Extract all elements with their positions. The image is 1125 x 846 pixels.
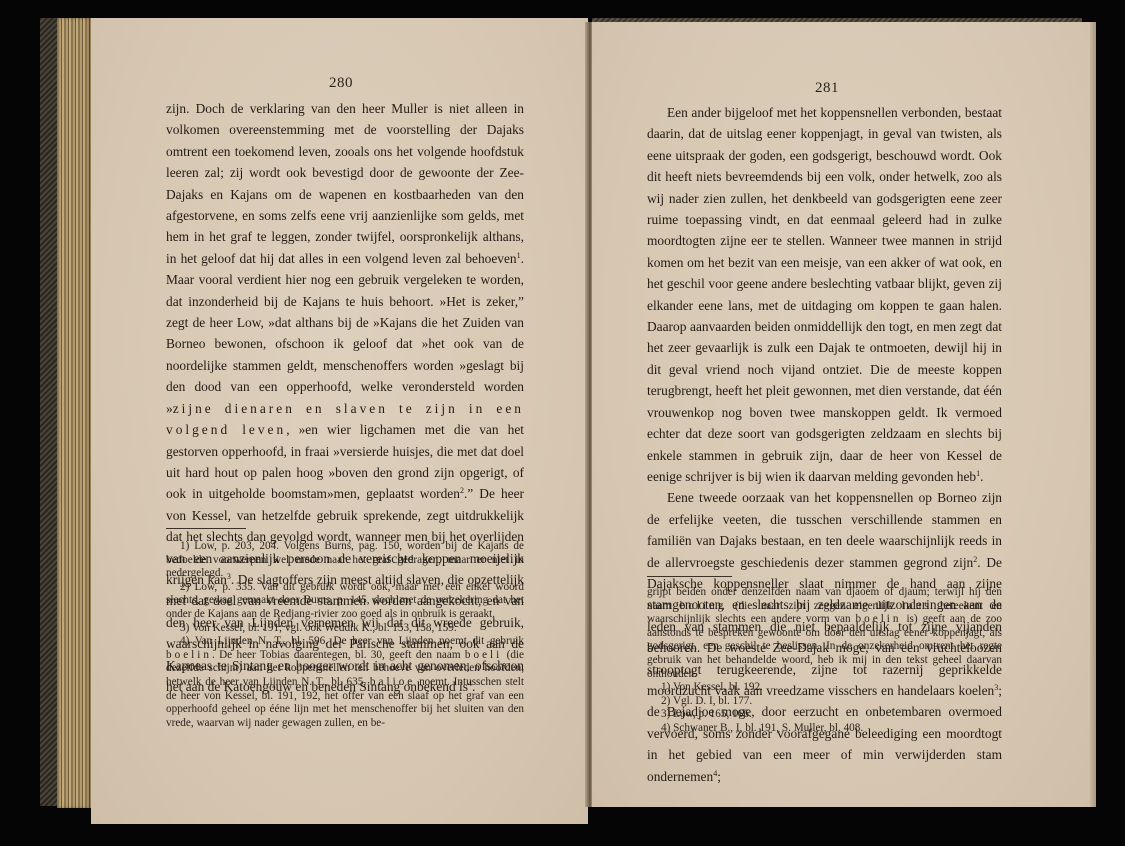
footnote-mark: 4) [180,635,189,647]
footnote-mark: 3) [180,622,189,634]
footnote-text: Schwaner B., I, bl. 191, S. Muller, bl. … [673,722,863,734]
footnote-mark: 2) [180,581,189,593]
emphasized-term: boling [680,600,727,612]
body-text: . Maar vooral verdient hier nog een gebr… [166,251,524,416]
footnote-text: Vgl. D. I, bl. 177. [673,695,752,707]
body-text: ; [717,769,721,784]
footnote-3: 3) Low, p. 165, 166. [647,708,1002,722]
body-text: Een ander bijgeloof met het koppensnelle… [647,105,1002,484]
body-text: . [980,469,983,484]
footnote-text: Van Lijnden N. T., bl. 596. De heer van … [195,635,524,647]
emphasized-term: lans [902,600,932,612]
footnote-mark: 3) [661,708,670,720]
footnote-text: Von Kessel, bl. 192. [673,681,763,693]
footnote-text: (die naar zijn zeggen eigenlijk [726,600,901,612]
paragraph: Een ander bijgeloof met het koppensnelle… [647,102,1002,487]
right-footnotes: grijpt beiden onder denzelfden naam van … [647,586,1002,736]
footnote-divider [166,528,246,529]
left-footnotes: 1) Low, p. 203, 204. Volgens Burns, pag.… [166,540,524,730]
footnote-mark: 2) [661,695,670,707]
open-book: 280 zijn. Doch de verklaring van den hee… [0,0,1125,846]
footnote-text: Low, p. 335. Van dit gebruik wordt ook, … [166,581,524,620]
footnote-4: 4) Van Lijnden N. T., bl. 596. De heer v… [166,635,524,730]
page-number: 280 [329,75,353,92]
body-text: Eene tweede oorzaak van het koppensnelle… [647,490,1002,569]
emphasized-term: balioe [370,676,415,688]
footnote-text: Low, p. 165, 166. [673,708,752,720]
emphasized-term: boelin [856,613,902,625]
book-cover-edge [40,18,58,806]
page-fore-edge [1090,22,1096,807]
emphasized-term: boeli [465,649,502,661]
footnote-3: 3) Von Kessel, bl. 191; vgl. ook Weddik … [166,622,524,636]
footnote-divider [647,576,732,577]
footnote-text: Von Kessel, bl. 191; vgl. ook Weddik K.,… [192,622,457,634]
footnote-mark: 1) [180,540,189,552]
body-text: zijn. Doch de verklaring van den heer Mu… [166,101,524,266]
page-stack-edge [57,18,91,808]
footnote-1: 1) Low, p. 203, 204. Volgens Burns, pag.… [166,540,524,581]
footnote-continuation: grijpt beiden onder denzelfden naam van … [647,586,1002,681]
footnote-1: 1) Von Kessel, bl. 192. [647,681,1002,695]
left-page: 280 zijn. Doch de verklaring van den hee… [91,18,588,824]
footnote-text: . De heer Tobias daarentegen, bl. 30, ge… [212,649,465,661]
right-page: 281 Een ander bijgeloof met het koppensn… [592,22,1096,807]
page-number: 281 [815,80,839,97]
footnote-2: 2) Low, p. 335. Van dit gebruik wordt oo… [166,581,524,622]
emphasized-term: boelin [166,649,212,661]
footnote-2: 2) Vgl. D. I, bl. 177. [647,695,1002,709]
footnote-4: 4) Schwaner B., I, bl. 191, S. Muller, b… [647,722,1002,736]
footnote-text: Low, p. 203, 204. Volgens Burns, pag. 15… [166,540,524,579]
footnote-mark: 4) [661,722,670,734]
footnote-mark: 1) [661,681,670,693]
